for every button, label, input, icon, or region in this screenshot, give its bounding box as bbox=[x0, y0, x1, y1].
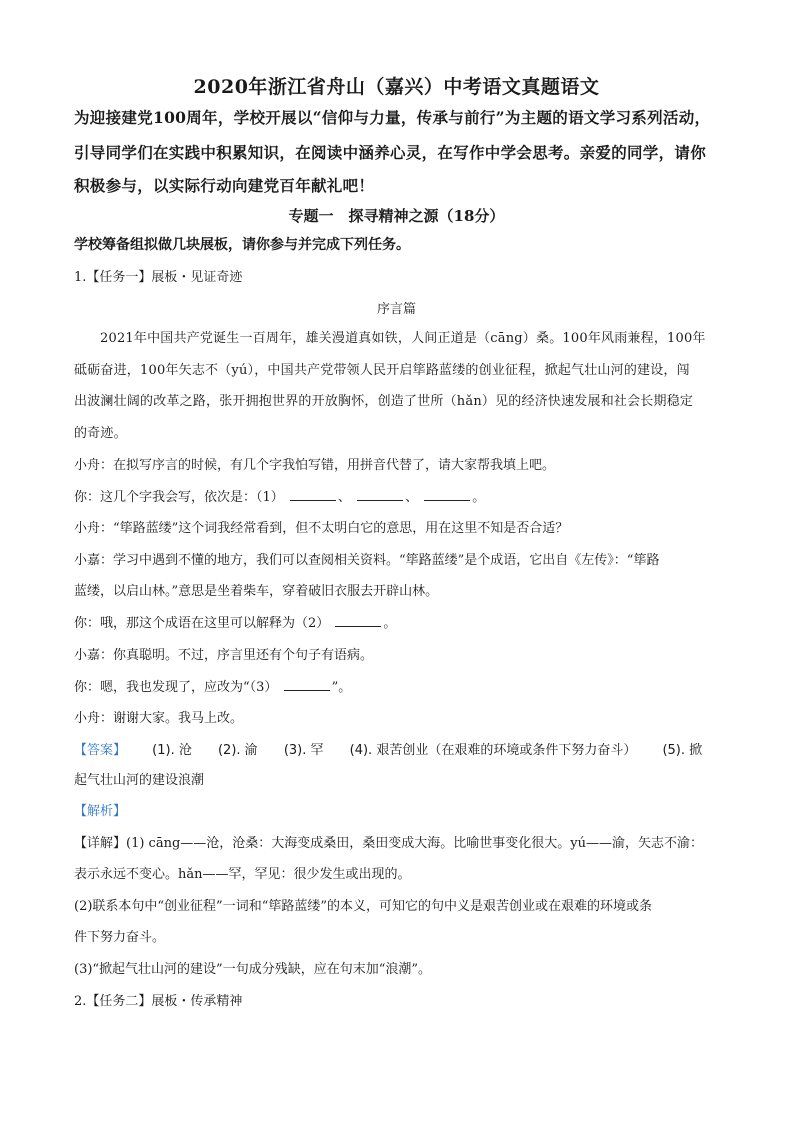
passage-line-2: 砥砺奋进，100年矢志不（yú），中国共产党带领人民开启筚路蓝缕的创业征程，掀起… bbox=[74, 359, 737, 378]
detail-line-5: (3)“掀起气壮山河的建设”一句成分残缺，应在句末加“浪潮”。 bbox=[74, 958, 737, 977]
answer-blank-4[interactable] bbox=[335, 614, 381, 627]
answer-blank-5[interactable] bbox=[284, 678, 330, 691]
dialogue-line: 小舟：“筚路蓝缕”这个词我经常看到，但不太明白它的意思，用在这里不知是否合适？ bbox=[74, 517, 737, 536]
section-heading: 专题一 探寻精神之源（18分） bbox=[0, 205, 793, 226]
answer-blank-1[interactable] bbox=[290, 488, 336, 501]
intro-line-3: 积极参与，以实际行动向建党百年献礼吧！ bbox=[74, 174, 737, 196]
detail-line-4: 件下努力奋斗。 bbox=[74, 926, 737, 945]
separator: 、 bbox=[405, 490, 418, 505]
dialogue-line: 蓝缕，以启山林。”意思是坐着柴车，穿着破旧衣服去开辟山林。 bbox=[74, 580, 737, 599]
dialogue-line: 小嘉：你真聪明。不过，序言里还有个句子有语病。 bbox=[74, 644, 737, 663]
detail-line-3: (2)联系本句中“创业征程”一词和“筚路蓝缕”的本义，可知它的句中义是艰苦创业或… bbox=[74, 895, 737, 914]
dialogue-line-fill-2: 你：哦，那这个成语在这里可以解释为（2） 。 bbox=[74, 612, 737, 631]
dialogue-prefix: 你：嗯，我也发现了，应改为“（3） bbox=[74, 680, 277, 695]
passage-line-4: 的奇迹。 bbox=[74, 422, 737, 441]
analysis-label: 【解析】 bbox=[74, 800, 737, 819]
dialogue-line-fill-3: 你：嗯，我也发现了，应改为“（3） ”。 bbox=[74, 676, 737, 695]
answer-3: (3). 罕 bbox=[284, 743, 324, 758]
answer-4: (4). 艰苦创业（在艰难的环境或条件下努力奋斗） bbox=[350, 743, 637, 758]
section-instruction: 学校筹备组拟做几块展板，请你参与并完成下列任务。 bbox=[74, 234, 737, 254]
dialogue-line: 小舟：在拟写序言的时候，有几个字我怕写错，用拼音代替了，请大家帮我填上吧。 bbox=[74, 454, 737, 473]
passage-line-3: 出波澜壮阔的改革之路，张开拥抱世界的开放胸怀，创造了世所（hǎn）见的经济快速发… bbox=[74, 390, 737, 409]
intro-line-1: 为迎接建党100周年，学校开展以“信仰与力量，传承与前行”为主题的语文学习系列活… bbox=[74, 106, 737, 128]
dialogue-prefix: 你：哦，那这个成语在这里可以解释为（2） bbox=[74, 616, 329, 631]
answer-continuation: 起气壮山河的建设浪潮 bbox=[74, 769, 737, 788]
dialogue-line: 小嘉：学习中遇到不懂的地方，我们可以查阅相关资料。“筚路蓝缕”是个成语，它出自《… bbox=[74, 549, 737, 568]
intro-line-2: 引导同学们在实践中积累知识，在阅读中涵养心灵，在写作中学会思考。亲爱的同学，请你 bbox=[74, 141, 737, 163]
dialogue-suffix: 。 bbox=[472, 490, 485, 505]
question-1-label: 1.【任务一】展板・见证奇迹 bbox=[74, 266, 737, 285]
page-title: 2020年浙江省舟山（嘉兴）中考语文真题语文 bbox=[0, 72, 793, 99]
dialogue-line-fill-1: 你：这几个字我会写，依次是：（1） 、 、 。 bbox=[74, 486, 737, 505]
document-page: 2020年浙江省舟山（嘉兴）中考语文真题语文 为迎接建党100周年，学校开展以“… bbox=[0, 0, 793, 1122]
separator: 、 bbox=[338, 490, 351, 505]
answer-row: 【答案】 (1). 沧 (2). 渝 (3). 罕 (4). 艰苦创业（在艰难的… bbox=[74, 739, 737, 758]
passage-title: 序言篇 bbox=[0, 298, 793, 317]
dialogue-suffix: ”。 bbox=[332, 680, 352, 695]
answer-label: 【答案】 bbox=[74, 743, 126, 758]
answer-5: (5). 掀 bbox=[662, 743, 702, 758]
detail-line-1: 【详解】(1) cāng——沧，沧桑：大海变成桑田，桑田变成大海。比喻世事变化很… bbox=[74, 832, 737, 851]
answer-blank-3[interactable] bbox=[424, 488, 470, 501]
answer-blank-2[interactable] bbox=[357, 488, 403, 501]
question-2-label: 2.【任务二】展板・传承精神 bbox=[74, 990, 737, 1009]
answer-1: (1). 沧 bbox=[152, 743, 192, 758]
detail-line-2: 表示永远不变心。hǎn——罕，罕见：很少发生或出现的。 bbox=[74, 863, 737, 882]
answer-2: (2). 渝 bbox=[218, 743, 258, 758]
dialogue-prefix: 你：这几个字我会写，依次是：（1） bbox=[74, 490, 284, 505]
dialogue-line: 小舟：谢谢大家。我马上改。 bbox=[74, 707, 737, 726]
dialogue-suffix: 。 bbox=[383, 616, 396, 631]
passage-line-1: 2021年中国共产党诞生一百周年，雄关漫道真如铁，人间正道是（cāng）桑。10… bbox=[100, 327, 737, 346]
